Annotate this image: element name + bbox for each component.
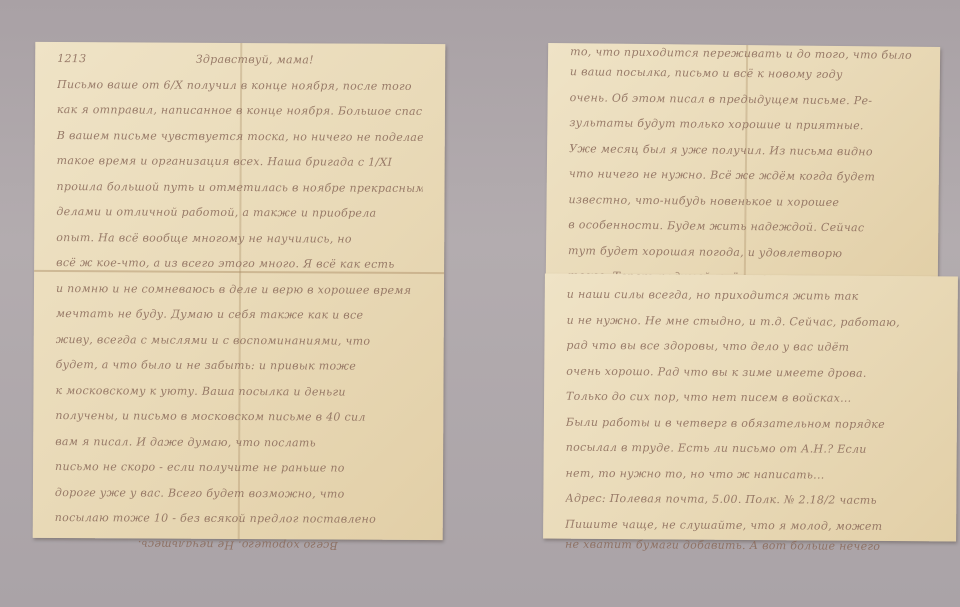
letter-greeting: 1213Здравствуй, мама! [57, 46, 423, 73]
letter-line: не хватит бумаги добавить. А вот больше … [565, 537, 934, 556]
letter-line: дороге уже у вас. Всего будет возможно, … [55, 480, 421, 507]
letter-line: прошла большой путь и отметилась в ноябр… [56, 174, 422, 201]
letter-right-bottom: и наши силы всегда, но приходится жить т… [543, 274, 958, 542]
letter-line: в особенности. Будем жить надеждой. Сейч… [568, 212, 916, 241]
letter-line: Пишите чаще, не слушайте, что я молод, м… [565, 511, 934, 539]
letter-line: мечтать не буду. Думаю и себя также как … [56, 301, 422, 328]
letter-line: и ваша посылка, письмо и всё к новому го… [570, 59, 918, 88]
letter-line: что ничего не нужно. Всё же ждём когда б… [569, 161, 917, 190]
letter-right-top: то, что приходится переживать и до того,… [546, 43, 940, 279]
letter-line: Были работы и в четверг в обязательном п… [566, 409, 935, 437]
letter-right-top-text: то, что приходится переживать и до того,… [546, 43, 940, 279]
letter-line: зультаты будут только хорошие и приятные… [569, 110, 917, 139]
letter-line: и не нужно. Не мне стыдно, и т.д. Сейчас… [567, 307, 936, 335]
letter-line: очень. Об этом писал в предыдущем письме… [570, 85, 918, 114]
letter-line: вам я писал. И даже думаю, что послать [55, 429, 421, 456]
letter-line: письмо не скоро - если получите не раньш… [55, 454, 421, 481]
letter-left: 1213Здравствуй, мама! Письмо ваше от 6/X… [33, 42, 446, 540]
letter-line: Письмо ваше от 6/X получил в конце ноябр… [57, 72, 423, 99]
letter-line: и наши силы всегда, но приходится жить т… [567, 282, 936, 310]
letter-upside-down-line: Всего хорошего. Не печальтесь. [55, 531, 421, 558]
letter-line: нет, то нужно то, но что ж написать... [565, 460, 934, 488]
letter-line: очень хорошо. Рад что вы к зиме имеете д… [566, 358, 935, 386]
letter-line: будет, а что было и не забыть: и привык … [56, 352, 422, 379]
letter-line: опыт. На всё вообще многому не научились… [56, 225, 422, 252]
letter-line: как я отправил, написанное в конце ноябр… [57, 97, 423, 124]
letter-line: такое время и организация всех. Наша бри… [57, 148, 423, 175]
letter-line: получены, и письмо в московском письме в… [55, 403, 421, 430]
letter-line: известно, что-нибудь новенькое и хорошее [568, 187, 916, 216]
letter-right-bottom-text: и наши силы всегда, но приходится жить т… [543, 274, 958, 542]
letter-line: и помню и не сомневаюсь в деле и верю в … [56, 276, 422, 303]
letter-line: тут будет хорошая погода, и удовлетворю [568, 238, 916, 267]
letter-left-text: 1213Здравствуй, мама! Письмо ваше от 6/X… [33, 42, 446, 540]
letter-line: Только до сих пор, что нет писем в войск… [566, 384, 935, 412]
letter-line: посылал в труде. Есть ли письмо от А.Н.?… [566, 435, 935, 463]
letter-line: рад что вы все здоровы, что дело у вас и… [566, 333, 935, 361]
letter-line: всё ж кое-что, а из всего этого много. Я… [56, 250, 422, 277]
letter-line: посылаю тоже 10 - без всякой предлог пос… [55, 505, 421, 532]
letter-line: Уже месяц был я уже получил. Из письма в… [569, 136, 917, 165]
letter-line: к московскому к уюту. Ваша посылка и ден… [55, 378, 421, 405]
letter-line: Адрес: Полевая почта, 5.00. Полк. № 2.18… [565, 486, 934, 514]
letter-line: делами и отличной работой, а также и при… [56, 199, 422, 226]
letter-line: В вашем письме чувствуется тоска, но нич… [57, 123, 423, 150]
letter-line: живу, всегда с мыслями и с воспоминаниям… [56, 327, 422, 354]
